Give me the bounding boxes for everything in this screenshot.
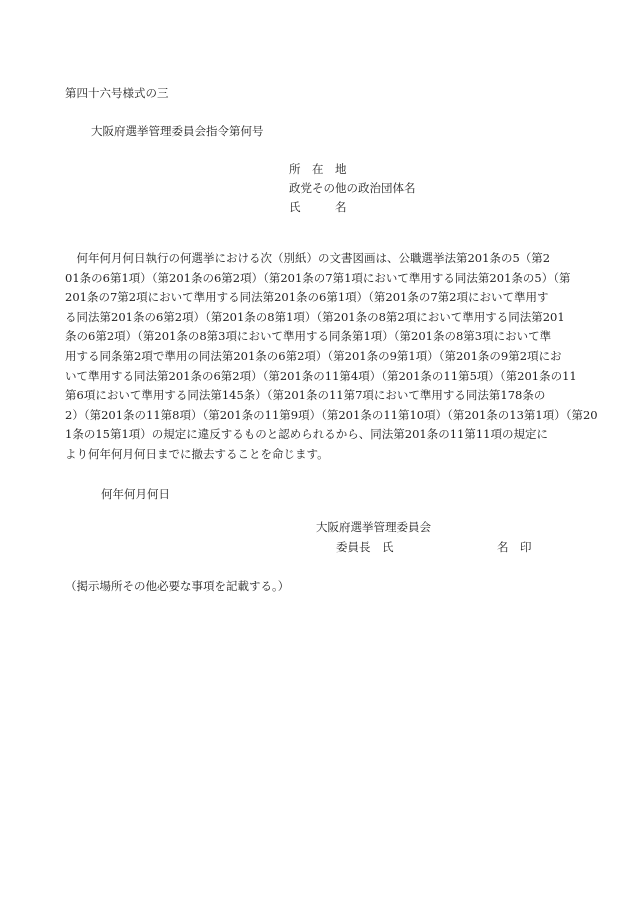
addressee-block: 所 在 地 政党その他の政治団体名 氏 名 bbox=[289, 160, 416, 217]
body-line: より何年何月何日までに撤去することを命じます。 bbox=[65, 445, 605, 465]
body-line: 用する同条第2項で準用の同法第201条の6第2項）（第201条の9第1項）（第2… bbox=[65, 347, 605, 367]
body-line: る同法第201条の6第2項）（第201条の8第1項）（第201条の8第2項におい… bbox=[65, 308, 605, 328]
issue-date: 何年何月何日 bbox=[101, 486, 170, 502]
body-line: 1条の15第1項）の規定に違反するものと認められるから、同法第201条の11第1… bbox=[65, 425, 605, 445]
person-name-label: 氏 名 bbox=[289, 198, 416, 217]
directive-number: 大阪府選挙管理委員会指令第何号 bbox=[91, 123, 264, 139]
body-line: 何年何月何日執行の何選挙における次（別紙）の文書図画は、公職選挙法第201条の5… bbox=[65, 249, 605, 269]
body-line: 条の6第2項）（第201条の8第3項において準用する同条第1項）（第201条の8… bbox=[65, 327, 605, 347]
body-line: 第6項において準用する同法第145条）（第201条の11第7項において準用する同… bbox=[65, 386, 605, 406]
body-line: いて準用する同法第201条の6第2項）（第201条の11第4項）（第201条の1… bbox=[65, 367, 605, 387]
body-line: 01条の6第1項）（第201条の6第2項）（第201条の7第1項において準用する… bbox=[65, 269, 605, 289]
posting-note: （掲示場所その他必要な事項を記載する。） bbox=[65, 578, 289, 594]
address-label: 所 在 地 bbox=[289, 160, 416, 179]
party-name-label: 政党その他の政治団体名 bbox=[289, 179, 416, 198]
chair-signature-line: 委員長 氏 名 印 bbox=[336, 539, 532, 555]
body-line: 2）（第201条の11第8項）（第201条の11第9項）（第201条の11第10… bbox=[65, 406, 605, 426]
form-number: 第四十六号様式の三 bbox=[65, 85, 169, 101]
order-body: 何年何月何日執行の何選挙における次（別紙）の文書図画は、公職選挙法第201条の5… bbox=[65, 249, 605, 465]
issuing-committee: 大阪府選挙管理委員会 bbox=[316, 519, 431, 535]
body-line: 201条の7第2項において準用する同法第201条の6第1項）（第201条の7第2… bbox=[65, 288, 605, 308]
